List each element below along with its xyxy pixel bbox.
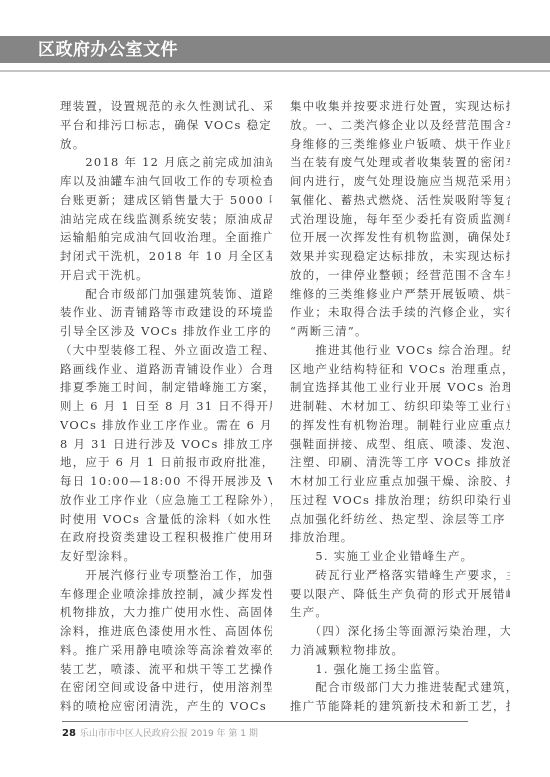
header-divider [0, 70, 550, 72]
text-line: 装作业、沥青铺路等市政建设的环境监管， [60, 303, 272, 322]
text-line: 理装置，设置规范的永久性测试孔、采样 [60, 97, 272, 116]
text-line: 运输船舶完成油气回收治理。全面推广全 [60, 228, 272, 247]
text-line: 区地产业结构特征和 VOCs 治理重点，因地 [290, 360, 510, 379]
text-line: 力消减颗粒物排放。 [290, 641, 510, 660]
text-line: 配合市级部门大力推进装配式建筑， [290, 678, 510, 697]
text-line: 当在装有废气处理或者收集装置的密闭车 [290, 153, 510, 172]
text-line: 开展汽修行业专项整治工作，加强汽 [60, 566, 272, 585]
text-line: 间内进行，废气处理设施应当规范采用光 [290, 172, 510, 191]
text-line: 维修的三类维修业户严禁开展钣喷、烘干 [290, 285, 510, 304]
page-number: 28 [62, 728, 76, 739]
text-line: 氧催化、蓄热式燃烧、活性炭吸附等复合 [290, 191, 510, 210]
text-line: 集中收集并按要求进行处置，实现达标排 [290, 97, 510, 116]
text-line: 则上 6 月 1 日至 8 月 31 日不得开展涉及 [60, 397, 272, 416]
publication-name: 乐山市市中区人民政府公报 2019 年 第 1 期 [80, 729, 258, 739]
footer-divider [62, 721, 468, 722]
text-line: 注塑、印刷、清洗等工序 VOCs 排放治理； [290, 453, 510, 472]
text-line: 每日 10:00—18:00 不得开展涉及 VOCs 排 [60, 472, 272, 491]
text-line: 要以限产、降低生产负荷的形式开展错峰 [290, 585, 510, 604]
text-line: 压过程 VOCs 排放治理；纺织印染行业应重 [290, 491, 510, 510]
text-line: 排放治理。 [290, 528, 510, 547]
text-line: 作业；未取得合法手续的汽修企业，实行 [290, 303, 510, 322]
text-line: 进制鞋、木材加工、纺织印染等工业行业 [290, 397, 510, 416]
text-line: 开启式干洗机。 [60, 266, 272, 285]
text-line: 强鞋面拼接、成型、组底、喷漆、发泡、 [290, 435, 510, 454]
text-line: 点加强化纤纺丝、热定型、涂层等工序 VOCs [290, 510, 510, 529]
text-line: 在政府投资类建设工程积极推广使用环境 [60, 528, 272, 547]
text-line: VOCs 排放作业工序作业。需在 6 月 1 日至 [60, 416, 272, 435]
text-line: 在密闭空间或设备中进行，使用溶剂型涂 [60, 678, 272, 697]
text-line: 料的喷枪应密闭清洗，产生的 VOCs 废气应 [60, 697, 272, 716]
text-line: 式治理设施，每年至少委托有资质监测单 [290, 210, 510, 229]
text-line: 身维修的三类维修业户钣喷、烘干作业应 [290, 135, 510, 154]
text-line: 制宜选择其他工业行业开展 VOCs 治理。推 [290, 378, 510, 397]
left-text-column: 理装置，设置规范的永久性测试孔、采样平台和排污口标志，确保 VOCs 稳定达标排… [60, 97, 272, 716]
text-line: （四）深化扬尘等面源污染治理，大 [290, 622, 510, 641]
text-line: 的挥发性有机物治理。制鞋行业应重点加 [290, 416, 510, 435]
text-line: 木材加工行业应重点加强干燥、涂胶、热 [290, 472, 510, 491]
text-line: 配合市级部门加强建筑装饰、道路涂 [60, 285, 272, 304]
text-line: 1. 强化施工扬尘监管。 [290, 660, 510, 679]
text-line: 涂料，推进底色漆使用水性、高固体份涂 [60, 622, 272, 641]
text-line: 5. 实施工业企业错峰生产。 [290, 547, 510, 566]
text-line: （大中型装修工程、外立面改造工程、道 [60, 341, 272, 360]
text-line: 友好型涂料。 [60, 547, 272, 566]
text-line: 油站完成在线监测系统安装；原油成品油 [60, 210, 272, 229]
text-line: 放的，一律停业整顿；经营范围不含车身 [290, 266, 510, 285]
text-line: 放。 [60, 135, 272, 154]
text-line: “两断三清”。 [290, 322, 510, 341]
text-line: 砖瓦行业严格落实错峰生产要求，主 [290, 566, 510, 585]
text-line: 平台和排污口标志，确保 VOCs 稳定达标排 [60, 116, 272, 135]
text-line: 封闭式干洗机，2018 年 10 月全区基本淘汰 [60, 247, 272, 266]
text-line: 放。一、二类汽修企业以及经营范围含车 [290, 116, 510, 135]
page-footer: 28乐山市市中区人民政府公报 2019 年 第 1 期 [62, 727, 258, 741]
text-line: 2018 年 12 月底之前完成加油站、储油 [60, 153, 272, 172]
text-line: 机物排放，大力推广使用水性、高固体份 [60, 603, 272, 622]
text-line: 台账更新；建成区销售量大于 5000 吨的加 [60, 191, 272, 210]
text-line: 放作业工序作业（应急施工工程除外），同 [60, 491, 272, 510]
text-line: 引导全区涉及 VOCs 排放作业工序的工地 [60, 322, 272, 341]
text-line: 路画线作业、道路沥青铺设作业）合理安 [60, 360, 272, 379]
text-line: 8 月 31 日进行涉及 VOCs 排放工序作业的工 [60, 435, 272, 454]
text-line: 位开展一次挥发性有机物监测，确保处理 [290, 228, 510, 247]
text-line: 装工艺，喷漆、流平和烘干等工艺操作应 [60, 660, 272, 679]
right-text-column: 集中收集并按要求进行处置，实现达标排放。一、二类汽修企业以及经营范围含车身维修的… [290, 97, 510, 716]
text-line: 效果并实现稳定达标排放，未实现达标排 [290, 247, 510, 266]
text-line: 库以及油罐车油气回收工作的专项检查和 [60, 172, 272, 191]
text-line: 地，应于 6 月 1 日前报市政府批准，并在 [60, 453, 272, 472]
text-line: 时使用 VOCs 含量低的涂料（如水性涂料等）， [60, 510, 272, 529]
text-line: 推广节能降耗的建筑新技术和新工艺，提 [290, 697, 510, 716]
text-line: 生产。 [290, 603, 510, 622]
text-line: 料。推广采用静电喷涂等高涂着效率的涂 [60, 641, 272, 660]
text-line: 排夏季施工时间，制定错峰施工方案，原 [60, 378, 272, 397]
section-header-title: 区政府办公室文件 [38, 39, 178, 61]
text-line: 推进其他行业 VOCs 综合治理。结合全 [290, 341, 510, 360]
text-line: 车修理企业喷涂排放控制，减少挥发性有 [60, 585, 272, 604]
